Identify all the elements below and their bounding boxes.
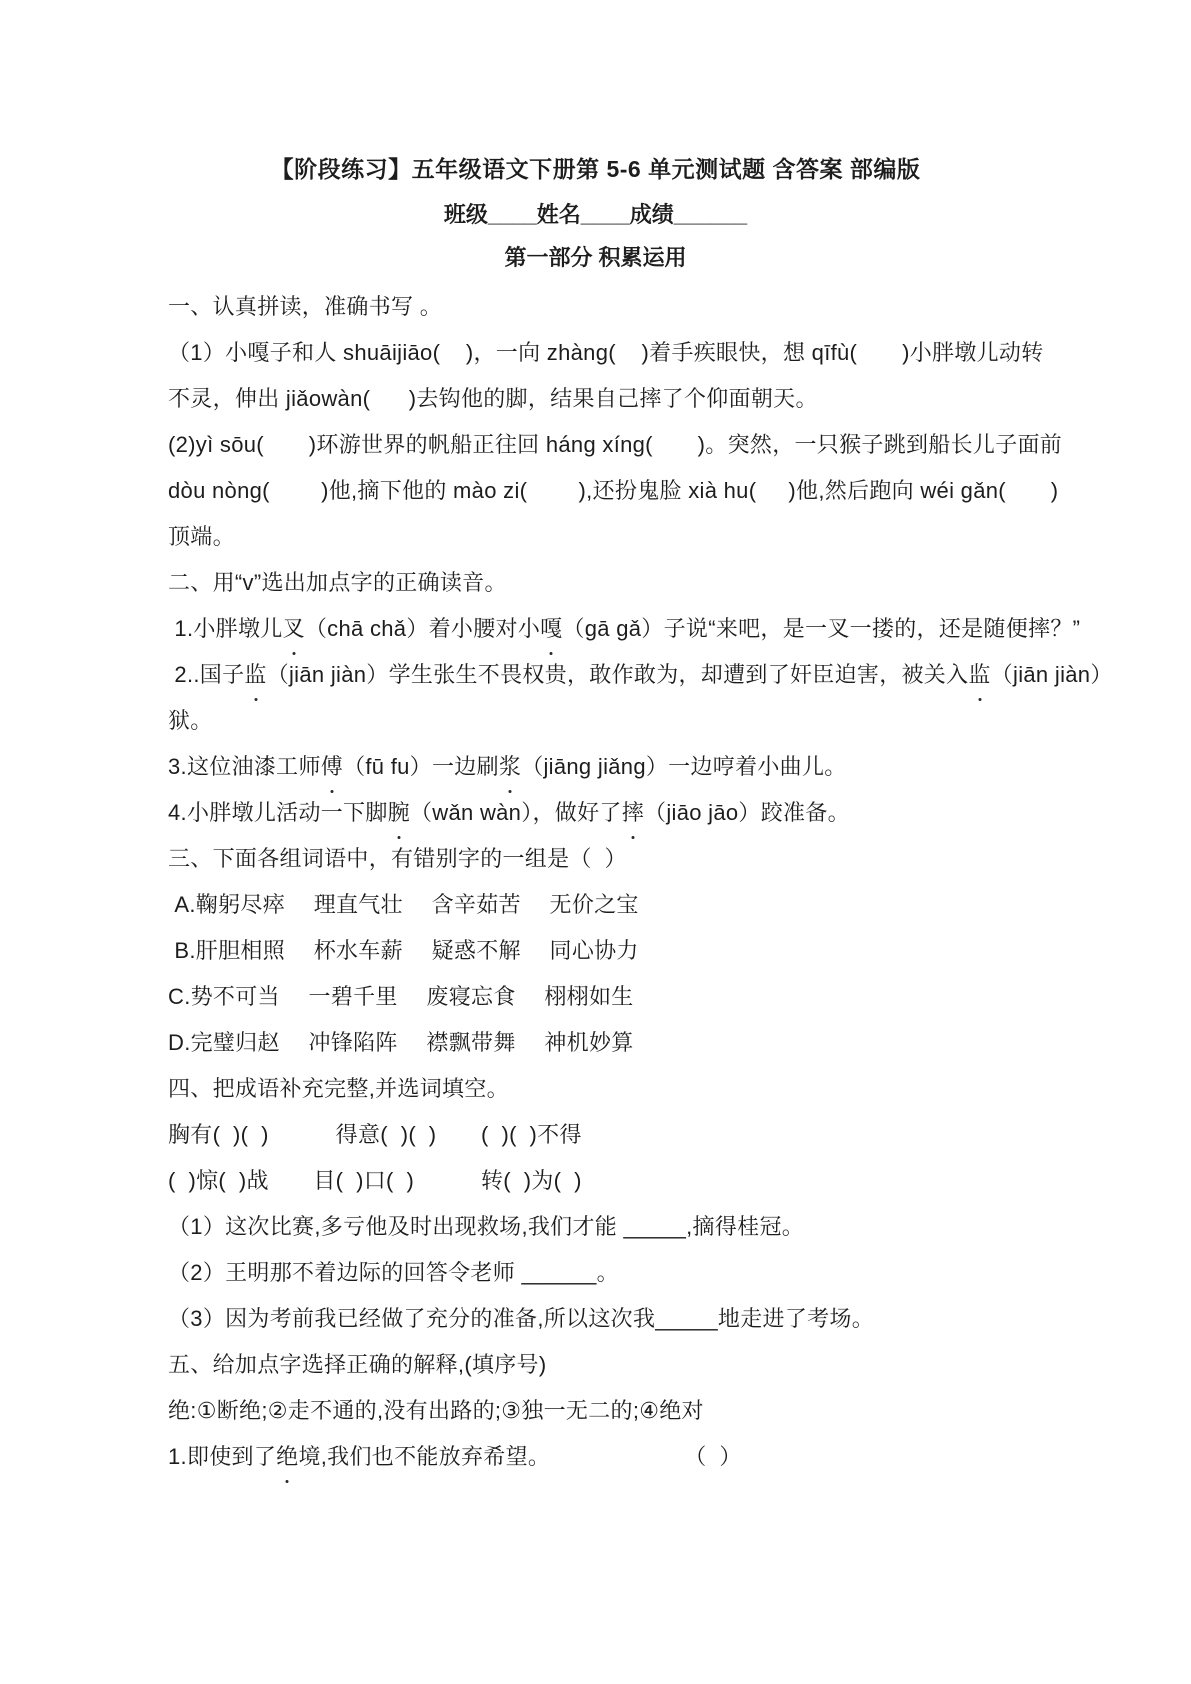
emphasized-char: 浆 — [499, 744, 521, 790]
text-segment: 一、认真拼读，准确书写 。 — [168, 294, 442, 319]
text-segment: dòu nòng( )他,摘下他的 mào zi( ),还扮鬼脸 xià hu(… — [168, 478, 1058, 503]
text-segment: 2..国子 — [168, 662, 244, 687]
q4-blank3: （3）因为考前我已经做了充分的准备,所以这次我_____地走进了考场。 — [168, 1296, 1071, 1342]
text-segment: （2）王明那不着边际的回答令老师 ______。 — [168, 1260, 619, 1285]
emphasized-char: 摔 — [622, 790, 644, 836]
q4-idioms-row2: ( )惊( )战 目( )口( ) 转( )为( ) — [168, 1158, 1071, 1204]
text-segment: （1）这次比赛,多亏他及时出现救场,我们才能 _____,摘得桂冠。 — [168, 1214, 804, 1239]
document-header: 【阶段练习】五年级语文下册第 5-6 单元测试题 含答案 部编版 班级____姓… — [0, 0, 1191, 278]
section3-heading: 三、下面各组词语中，有错别字的一组是（ ） — [168, 836, 1071, 882]
q1-item2-line3: 顶端。 — [168, 514, 1071, 560]
text-segment: (2)yì sōu( )环游世界的帆船正往回 háng xíng( )。突然，一… — [168, 432, 1062, 457]
emphasized-char: 监 — [244, 652, 266, 698]
q3-option-b: B.肝胆相照 杯水车薪 疑惑不解 同心协力 — [168, 928, 1071, 974]
text-segment: ( )惊( )战 目( )口( ) 转( )为( ) — [168, 1168, 582, 1193]
document-title: 【阶段练习】五年级语文下册第 5-6 单元测试题 含答案 部编版 — [0, 146, 1191, 192]
text-segment: 三、下面各组词语中，有错别字的一组是（ ） — [168, 846, 627, 871]
q5-item1: 1.即使到了绝境,我们也不能放弃希望。 （ ） — [168, 1434, 1071, 1480]
document-page: 【阶段练习】五年级语文下册第 5-6 单元测试题 含答案 部编版 班级____姓… — [0, 0, 1191, 1684]
q1-item2-line1: (2)yì sōu( )环游世界的帆船正往回 háng xíng( )。突然，一… — [168, 422, 1071, 468]
q5-definitions: 绝:①断绝;②走不通的,没有出路的;③独一无二的;④绝对 — [168, 1388, 1071, 1434]
text-segment: C.势不可当 一碧千里 废寝忘食 栩栩如生 — [168, 984, 634, 1009]
text-segment: （3）因为考前我已经做了充分的准备,所以这次我_____地走进了考场。 — [168, 1306, 874, 1331]
q2-item1: 1.小胖墩儿叉（chā chǎ）着小腰对小嘎（gā gǎ）子说“来吧，是一叉一搂… — [168, 606, 1071, 652]
section4-heading: 四、把成语补充完整,并选词填空。 — [168, 1066, 1071, 1112]
text-segment: 1.即使到了 — [168, 1444, 276, 1469]
q2-item4: 4.小胖墩儿活动一下脚腕（wǎn wàn），做好了摔（jiāo jāo）跤准备。 — [168, 790, 1071, 836]
emphasized-char: 傅 — [321, 744, 343, 790]
text-segment: 1.小胖墩儿 — [168, 616, 283, 641]
q1-item1-line1: （1）小嘎子和人 shuāijiāo( )，一向 zhàng( )着手疾眼快，想… — [168, 330, 1071, 376]
text-segment: 绝:①断绝;②走不通的,没有出路的;③独一无二的;④绝对 — [168, 1398, 704, 1423]
q3-option-d: D.完璧归赵 冲锋陷阵 襟飘带舞 神机妙算 — [168, 1020, 1071, 1066]
text-segment: 五、给加点字选择正确的解释,(填序号) — [168, 1352, 546, 1377]
text-segment: 四、把成语补充完整,并选词填空。 — [168, 1076, 509, 1101]
emphasized-char: 嘎 — [540, 606, 562, 652]
q3-option-c: C.势不可当 一碧千里 废寝忘食 栩栩如生 — [168, 974, 1071, 1020]
text-segment: 狱。 — [168, 708, 213, 733]
text-segment: 胸有( )( ) 得意( )( ) ( )( )不得 — [168, 1122, 582, 1147]
q3-option-a: A.鞠躬尽瘁 理直气壮 含辛茹苦 无价之宝 — [168, 882, 1071, 928]
text-segment: （jiāng jiǎng）一边哼着小曲儿。 — [521, 754, 846, 779]
text-segment: （wǎn wàn），做好了 — [410, 800, 622, 825]
q4-blank2: （2）王明那不着边际的回答令老师 ______。 — [168, 1250, 1071, 1296]
text-segment: 二、用“v”选出加点字的正确读音。 — [168, 570, 507, 595]
text-segment: （1）小嘎子和人 shuāijiāo( )，一向 zhàng( )着手疾眼快，想… — [168, 340, 1044, 365]
q4-blank1: （1）这次比赛,多亏他及时出现救场,我们才能 _____,摘得桂冠。 — [168, 1204, 1071, 1250]
document-body: 一、认真拼读，准确书写 。 （1）小嘎子和人 shuāijiāo( )，一向 z… — [0, 278, 1191, 1480]
q2-item2-line2: 狱。 — [168, 698, 1071, 744]
text-segment: D.完璧归赵 冲锋陷阵 襟飘带舞 神机妙算 — [168, 1030, 634, 1055]
text-segment: 4.小胖墩儿活动一下脚 — [168, 800, 388, 825]
text-segment: （jiāo jāo）跤准备。 — [644, 800, 850, 825]
text-segment: （jiān jiàn） — [991, 662, 1113, 687]
emphasized-char: 绝 — [276, 1434, 298, 1480]
section1-heading: 一、认真拼读，准确书写 。 — [168, 284, 1071, 330]
text-segment: 3.这位油漆工师 — [168, 754, 321, 779]
section2-heading: 二、用“v”选出加点字的正确读音。 — [168, 560, 1071, 606]
text-segment: A.鞠躬尽瘁 理直气壮 含辛茹苦 无价之宝 — [168, 892, 639, 917]
text-segment: B.肝胆相照 杯水车薪 疑惑不解 同心协力 — [168, 938, 639, 963]
section5-heading: 五、给加点字选择正确的解释,(填序号) — [168, 1342, 1071, 1388]
emphasized-char: 腕 — [388, 790, 410, 836]
text-segment: （jiān jiàn）学生张生不畏权贵，敢作敢为，却遭到了奸臣迫害，被关入 — [267, 662, 969, 687]
q4-idioms-row1: 胸有( )( ) 得意( )( ) ( )( )不得 — [168, 1112, 1071, 1158]
text-segment: （chā chǎ）着小腰对小 — [305, 616, 540, 641]
q1-item2-line2: dòu nòng( )他,摘下他的 mào zi( ),还扮鬼脸 xià hu(… — [168, 468, 1071, 514]
text-segment: 顶端。 — [168, 524, 235, 549]
q2-item3: 3.这位油漆工师傅（fū fu）一边刷浆（jiāng jiǎng）一边哼着小曲儿… — [168, 744, 1071, 790]
q1-item1-line2: 不灵，伸出 jiǎowàn( )去钩他的脚，结果自己摔了个仰面朝天。 — [168, 376, 1071, 422]
emphasized-char: 叉 — [283, 606, 305, 652]
text-segment: （fū fu）一边刷 — [343, 754, 499, 779]
text-segment: （gā gǎ）子说“来吧，是一叉一搂的，还是随便摔？” — [562, 616, 1080, 641]
emphasized-char: 监 — [968, 652, 990, 698]
class-name-score-line: 班级____姓名____成绩______ — [0, 192, 1191, 238]
q2-item2-line1: 2..国子监（jiān jiàn）学生张生不畏权贵，敢作敢为，却遭到了奸臣迫害，… — [168, 652, 1071, 698]
text-segment: 境,我们也不能放弃希望。 （ ） — [298, 1444, 741, 1469]
text-segment: 不灵，伸出 jiǎowàn( )去钩他的脚，结果自己摔了个仰面朝天。 — [168, 386, 818, 411]
part-heading: 第一部分 积累运用 — [0, 238, 1191, 278]
